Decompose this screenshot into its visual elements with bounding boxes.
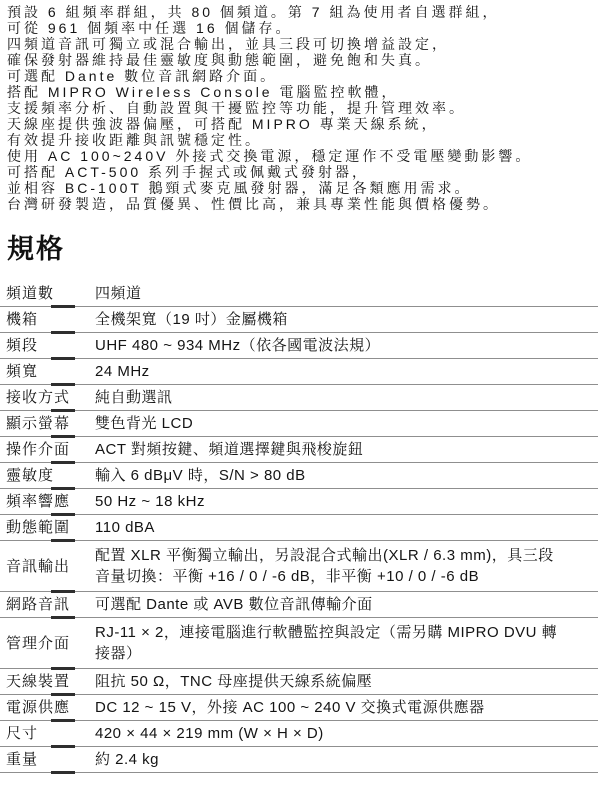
spec-row-sensitivity: 靈敏度 輸入 6 dBμV 時，S/N > 80 dB	[0, 463, 598, 489]
spec-label: 顯示螢幕	[0, 411, 95, 437]
section-title-specifications: 規格	[7, 234, 600, 265]
intro-line: 確保發射器維持最佳靈敏度與動態範圍，避免飽和失真。	[7, 52, 596, 68]
spec-row-chassis: 機箱 全機架寬（19 吋）金屬機箱	[0, 307, 598, 333]
spec-label: 尺寸	[0, 721, 95, 747]
spec-label: 頻道數	[0, 281, 95, 307]
spec-table: 頻道數 四頻道 機箱 全機架寬（19 吋）金屬機箱 頻段 UHF 480 ~ 9…	[0, 281, 598, 773]
spec-label: 音訊輸出	[0, 541, 95, 592]
intro-line: 可選配 Dante 數位音訊網路介面。	[7, 68, 596, 84]
spec-row-receiving-mode: 接收方式 純自動選訊	[0, 385, 598, 411]
spec-label: 機箱	[0, 307, 95, 333]
spec-value: DC 12 ~ 15 V，外接 AC 100 ~ 240 V 交換式電源供應器	[95, 695, 598, 721]
intro-line: 可從 961 個頻率中任選 16 個儲存。	[7, 20, 596, 36]
spec-value: UHF 480 ~ 934 MHz（依各國電波法規）	[95, 333, 598, 359]
spec-row-control-interface: 操作介面 ACT 對頻按鍵、頻道選擇鍵與飛梭旋鈕	[0, 437, 598, 463]
spec-row-weight: 重量 約 2.4 kg	[0, 747, 598, 773]
intro-line: 並相容 BC-100T 鵝頸式麥克風發射器，滿足各類應用需求。	[7, 180, 596, 196]
spec-value: 110 dBA	[95, 515, 598, 541]
spec-value: 阻抗 50 Ω，TNC 母座提供天線系統偏壓	[95, 669, 598, 695]
spec-label: 靈敏度	[0, 463, 95, 489]
spec-value: 420 × 44 × 219 mm (W × H × D)	[95, 721, 598, 747]
intro-line: 預設 6 組頻率群組，共 80 個頻道。第 7 組為使用者自選群組，	[7, 4, 596, 20]
spec-value: 約 2.4 kg	[95, 747, 598, 773]
spec-label: 天線裝置	[0, 669, 95, 695]
spec-label: 頻率響應	[0, 489, 95, 515]
spec-row-management-interface: 管理介面 RJ-11 × 2，連接電腦進行軟體監控與設定（需另購 MIPRO D…	[0, 618, 598, 669]
spec-row-channels: 頻道數 四頻道	[0, 281, 598, 307]
intro-line: 有效提升接收距離與訊號穩定性。	[7, 132, 596, 148]
spec-label: 重量	[0, 747, 95, 773]
spec-label: 接收方式	[0, 385, 95, 411]
spec-label: 頻段	[0, 333, 95, 359]
spec-value: 全機架寬（19 吋）金屬機箱	[95, 307, 598, 333]
spec-row-power-supply: 電源供應 DC 12 ~ 15 V，外接 AC 100 ~ 240 V 交換式電…	[0, 695, 598, 721]
spec-value: 雙色背光 LCD	[95, 411, 598, 437]
spec-value: 輸入 6 dBμV 時，S/N > 80 dB	[95, 463, 598, 489]
spec-value: 四頻道	[95, 281, 598, 307]
spec-value: RJ-11 × 2，連接電腦進行軟體監控與設定（需另購 MIPRO DVU 轉 …	[95, 618, 598, 669]
spec-value: 50 Hz ~ 18 kHz	[95, 489, 598, 515]
spec-label: 網路音訊	[0, 592, 95, 618]
spec-row-frequency-band: 頻段 UHF 480 ~ 934 MHz（依各國電波法規）	[0, 333, 598, 359]
intro-line: 四頻道音訊可獨立或混合輸出，並具三段可切換增益設定，	[7, 36, 596, 52]
intro-line: 天線座提供強波器偏壓，可搭配 MIPRO 專業天線系統，	[7, 116, 596, 132]
intro-line: 搭配 MIPRO Wireless Console 電腦監控軟體，	[7, 84, 596, 100]
spec-row-frequency-response: 頻率響應 50 Hz ~ 18 kHz	[0, 489, 598, 515]
label-underline-accent	[51, 771, 75, 774]
spec-row-display: 顯示螢幕 雙色背光 LCD	[0, 411, 598, 437]
spec-row-antenna: 天線裝置 阻抗 50 Ω，TNC 母座提供天線系統偏壓	[0, 669, 598, 695]
intro-line: 使用 AC 100~240V 外接式交換電源，穩定運作不受電壓變動影響。	[7, 148, 596, 164]
spec-row-dimensions: 尺寸 420 × 44 × 219 mm (W × H × D)	[0, 721, 598, 747]
spec-label: 動態範圍	[0, 515, 95, 541]
spec-label: 頻寬	[0, 359, 95, 385]
spec-value: ACT 對頻按鍵、頻道選擇鍵與飛梭旋鈕	[95, 437, 598, 463]
spec-row-dynamic-range: 動態範圍 110 dBA	[0, 515, 598, 541]
intro-line: 可搭配 ACT-500 系列手握式或佩戴式發射器，	[7, 164, 596, 180]
spec-value: 配置 XLR 平衡獨立輸出，另設混合式輸出(XLR / 6.3 mm)，具三段 …	[95, 541, 598, 592]
spec-value: 純自動選訊	[95, 385, 598, 411]
spec-label: 操作介面	[0, 437, 95, 463]
spec-row-network-audio: 網路音訊 可選配 Dante 或 AVB 數位音訊傳輸介面	[0, 592, 598, 618]
spec-value: 24 MHz	[95, 359, 598, 385]
spec-label: 管理介面	[0, 618, 95, 669]
spec-row-bandwidth: 頻寬 24 MHz	[0, 359, 598, 385]
spec-value: 可選配 Dante 或 AVB 數位音訊傳輸介面	[95, 592, 598, 618]
intro-line: 台灣研發製造，品質優異、性價比高，兼具專業性能與價格優勢。	[7, 196, 596, 212]
spec-row-audio-output: 音訊輸出 配置 XLR 平衡獨立輸出，另設混合式輸出(XLR / 6.3 mm)…	[0, 541, 598, 592]
product-feature-intro: 預設 6 組頻率群組，共 80 個頻道。第 7 組為使用者自選群組， 可從 96…	[0, 0, 600, 212]
spec-label: 電源供應	[0, 695, 95, 721]
intro-line: 支援頻率分析、自動設置與干擾監控等功能，提升管理效率。	[7, 100, 596, 116]
